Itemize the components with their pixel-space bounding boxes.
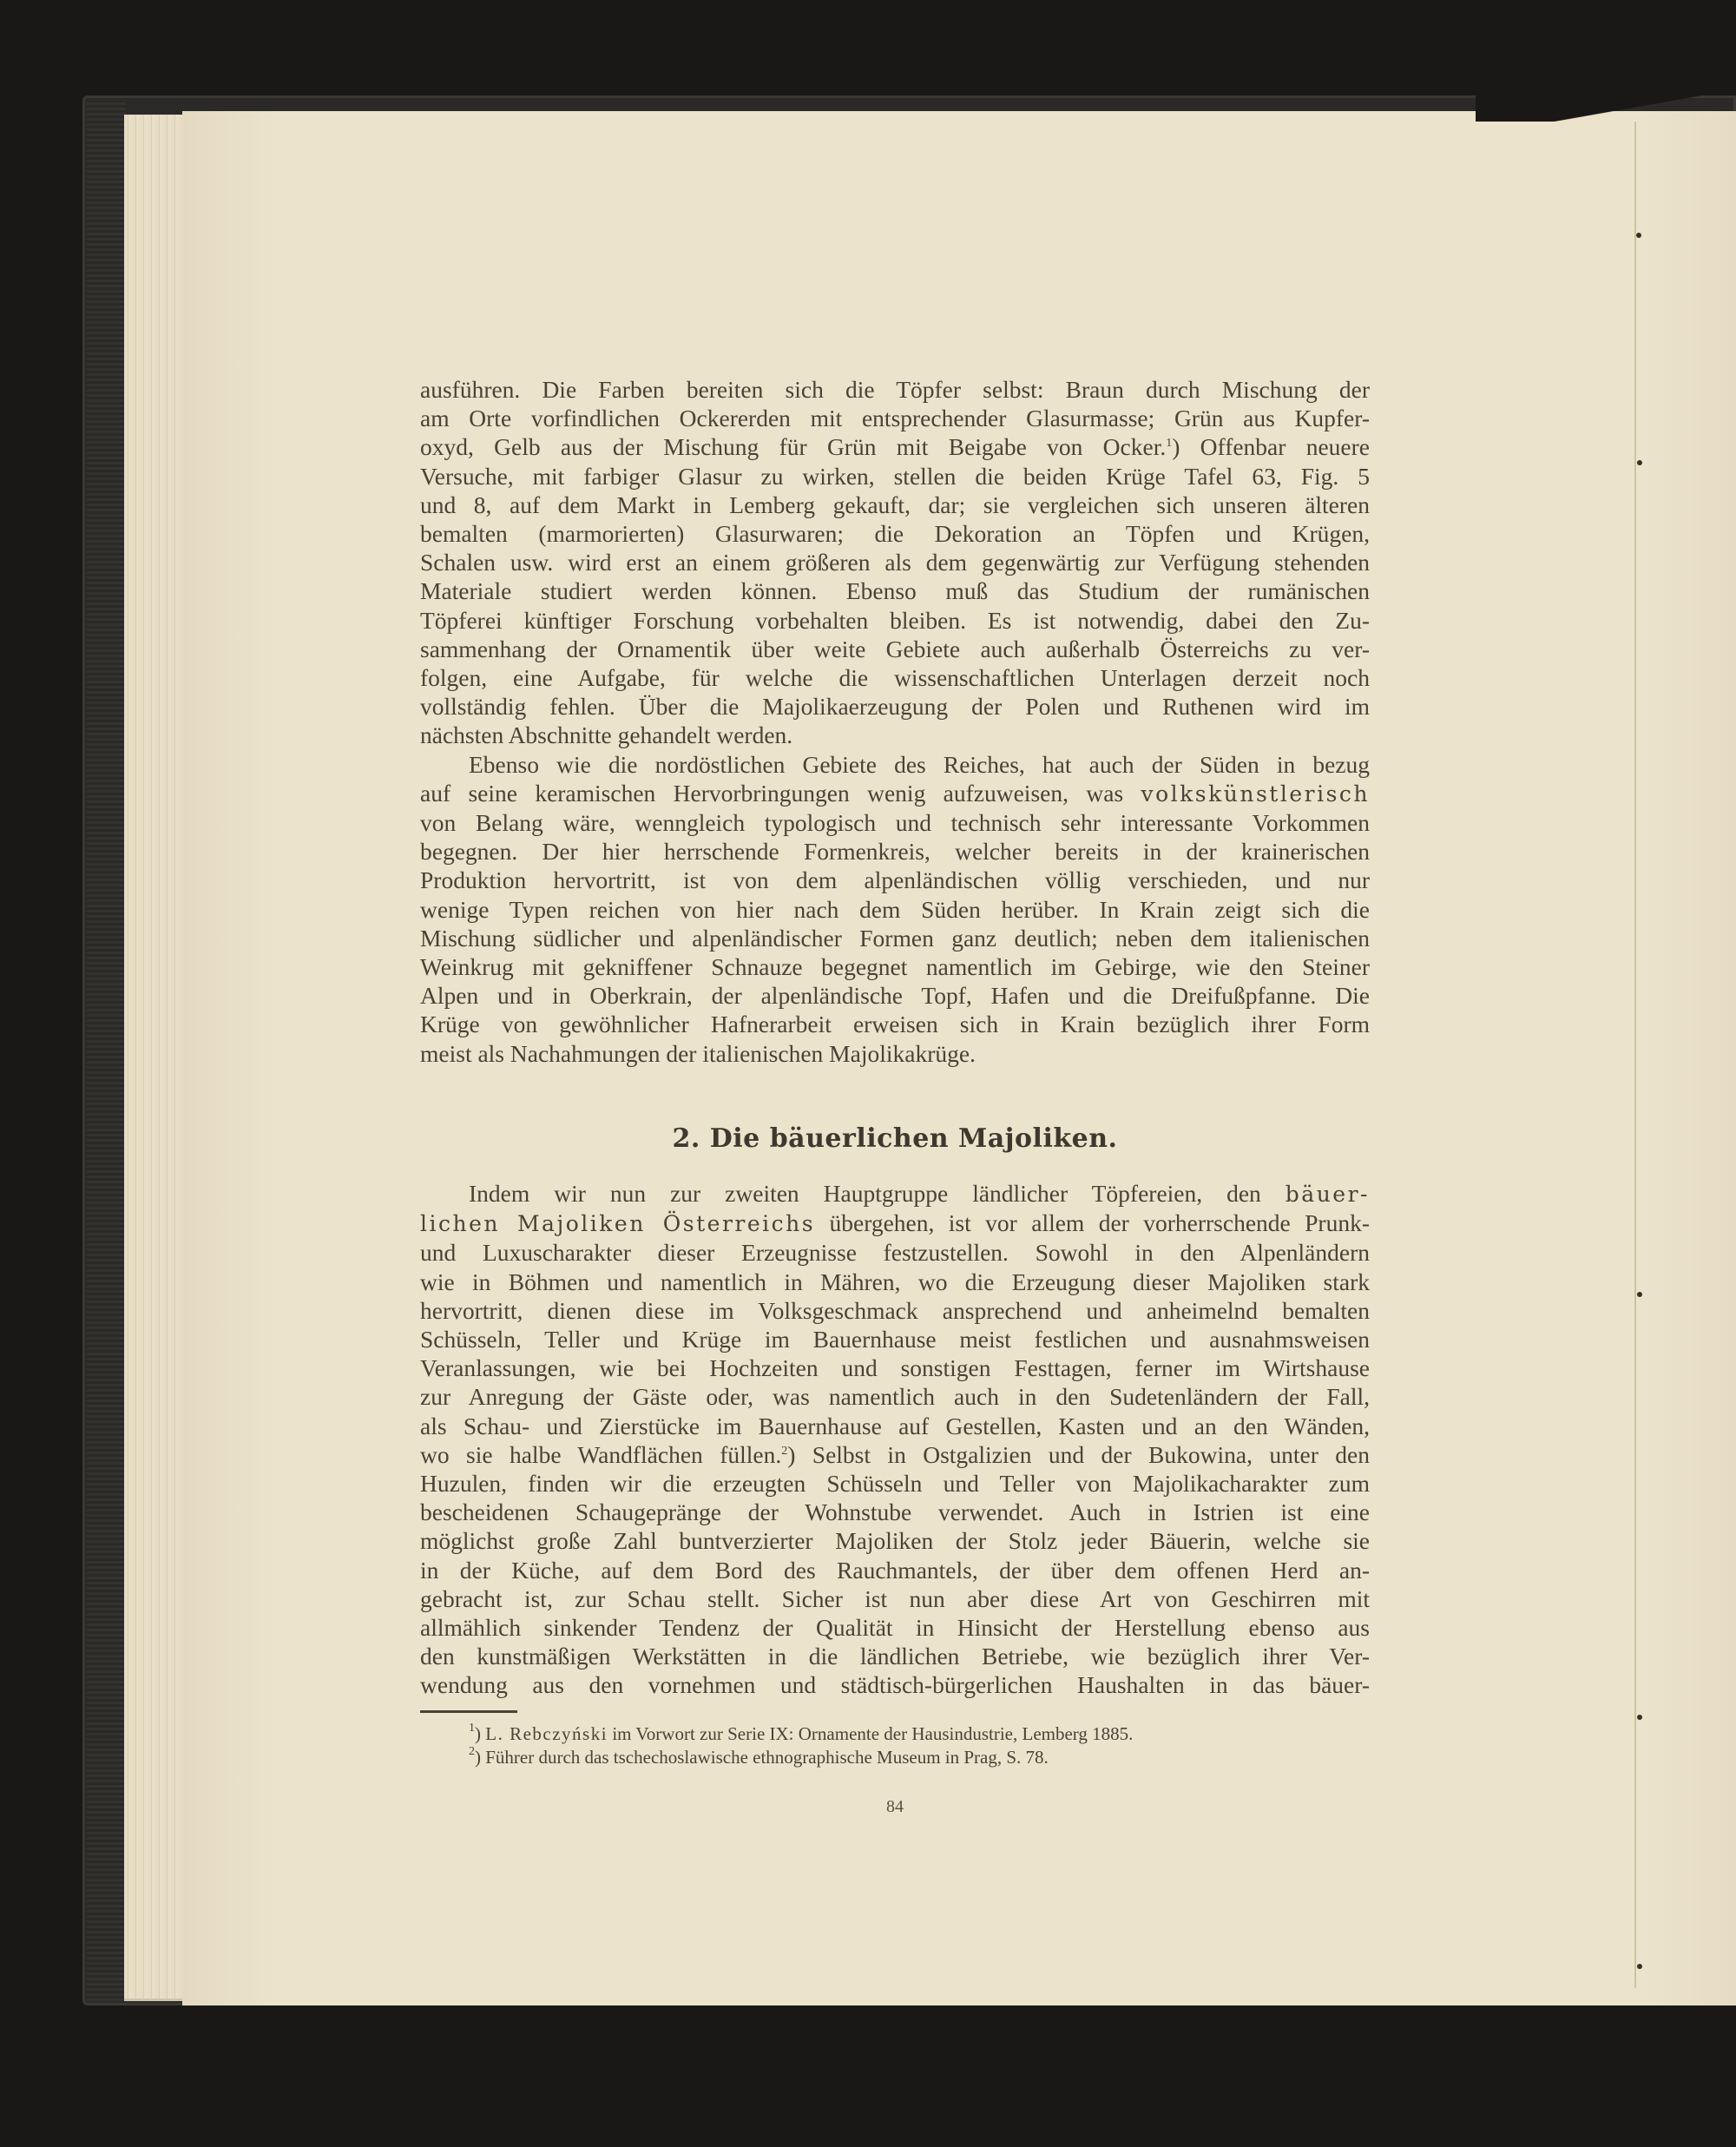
page-marker-dot [1637, 460, 1642, 465]
page-marker-dot [1637, 1964, 1642, 1969]
cover-corner-shadow [1476, 95, 1736, 122]
book-spine [87, 100, 126, 2001]
page-edges [124, 115, 185, 2001]
page-marker-dot [1637, 1715, 1642, 1720]
page-marker-dot [1637, 1292, 1642, 1297]
page-marker-dot [1636, 233, 1641, 238]
page-number-container: 84 [420, 0, 1370, 2147]
page-number: 84 [420, 1797, 1370, 1817]
page-fold-line [1634, 122, 1636, 1988]
